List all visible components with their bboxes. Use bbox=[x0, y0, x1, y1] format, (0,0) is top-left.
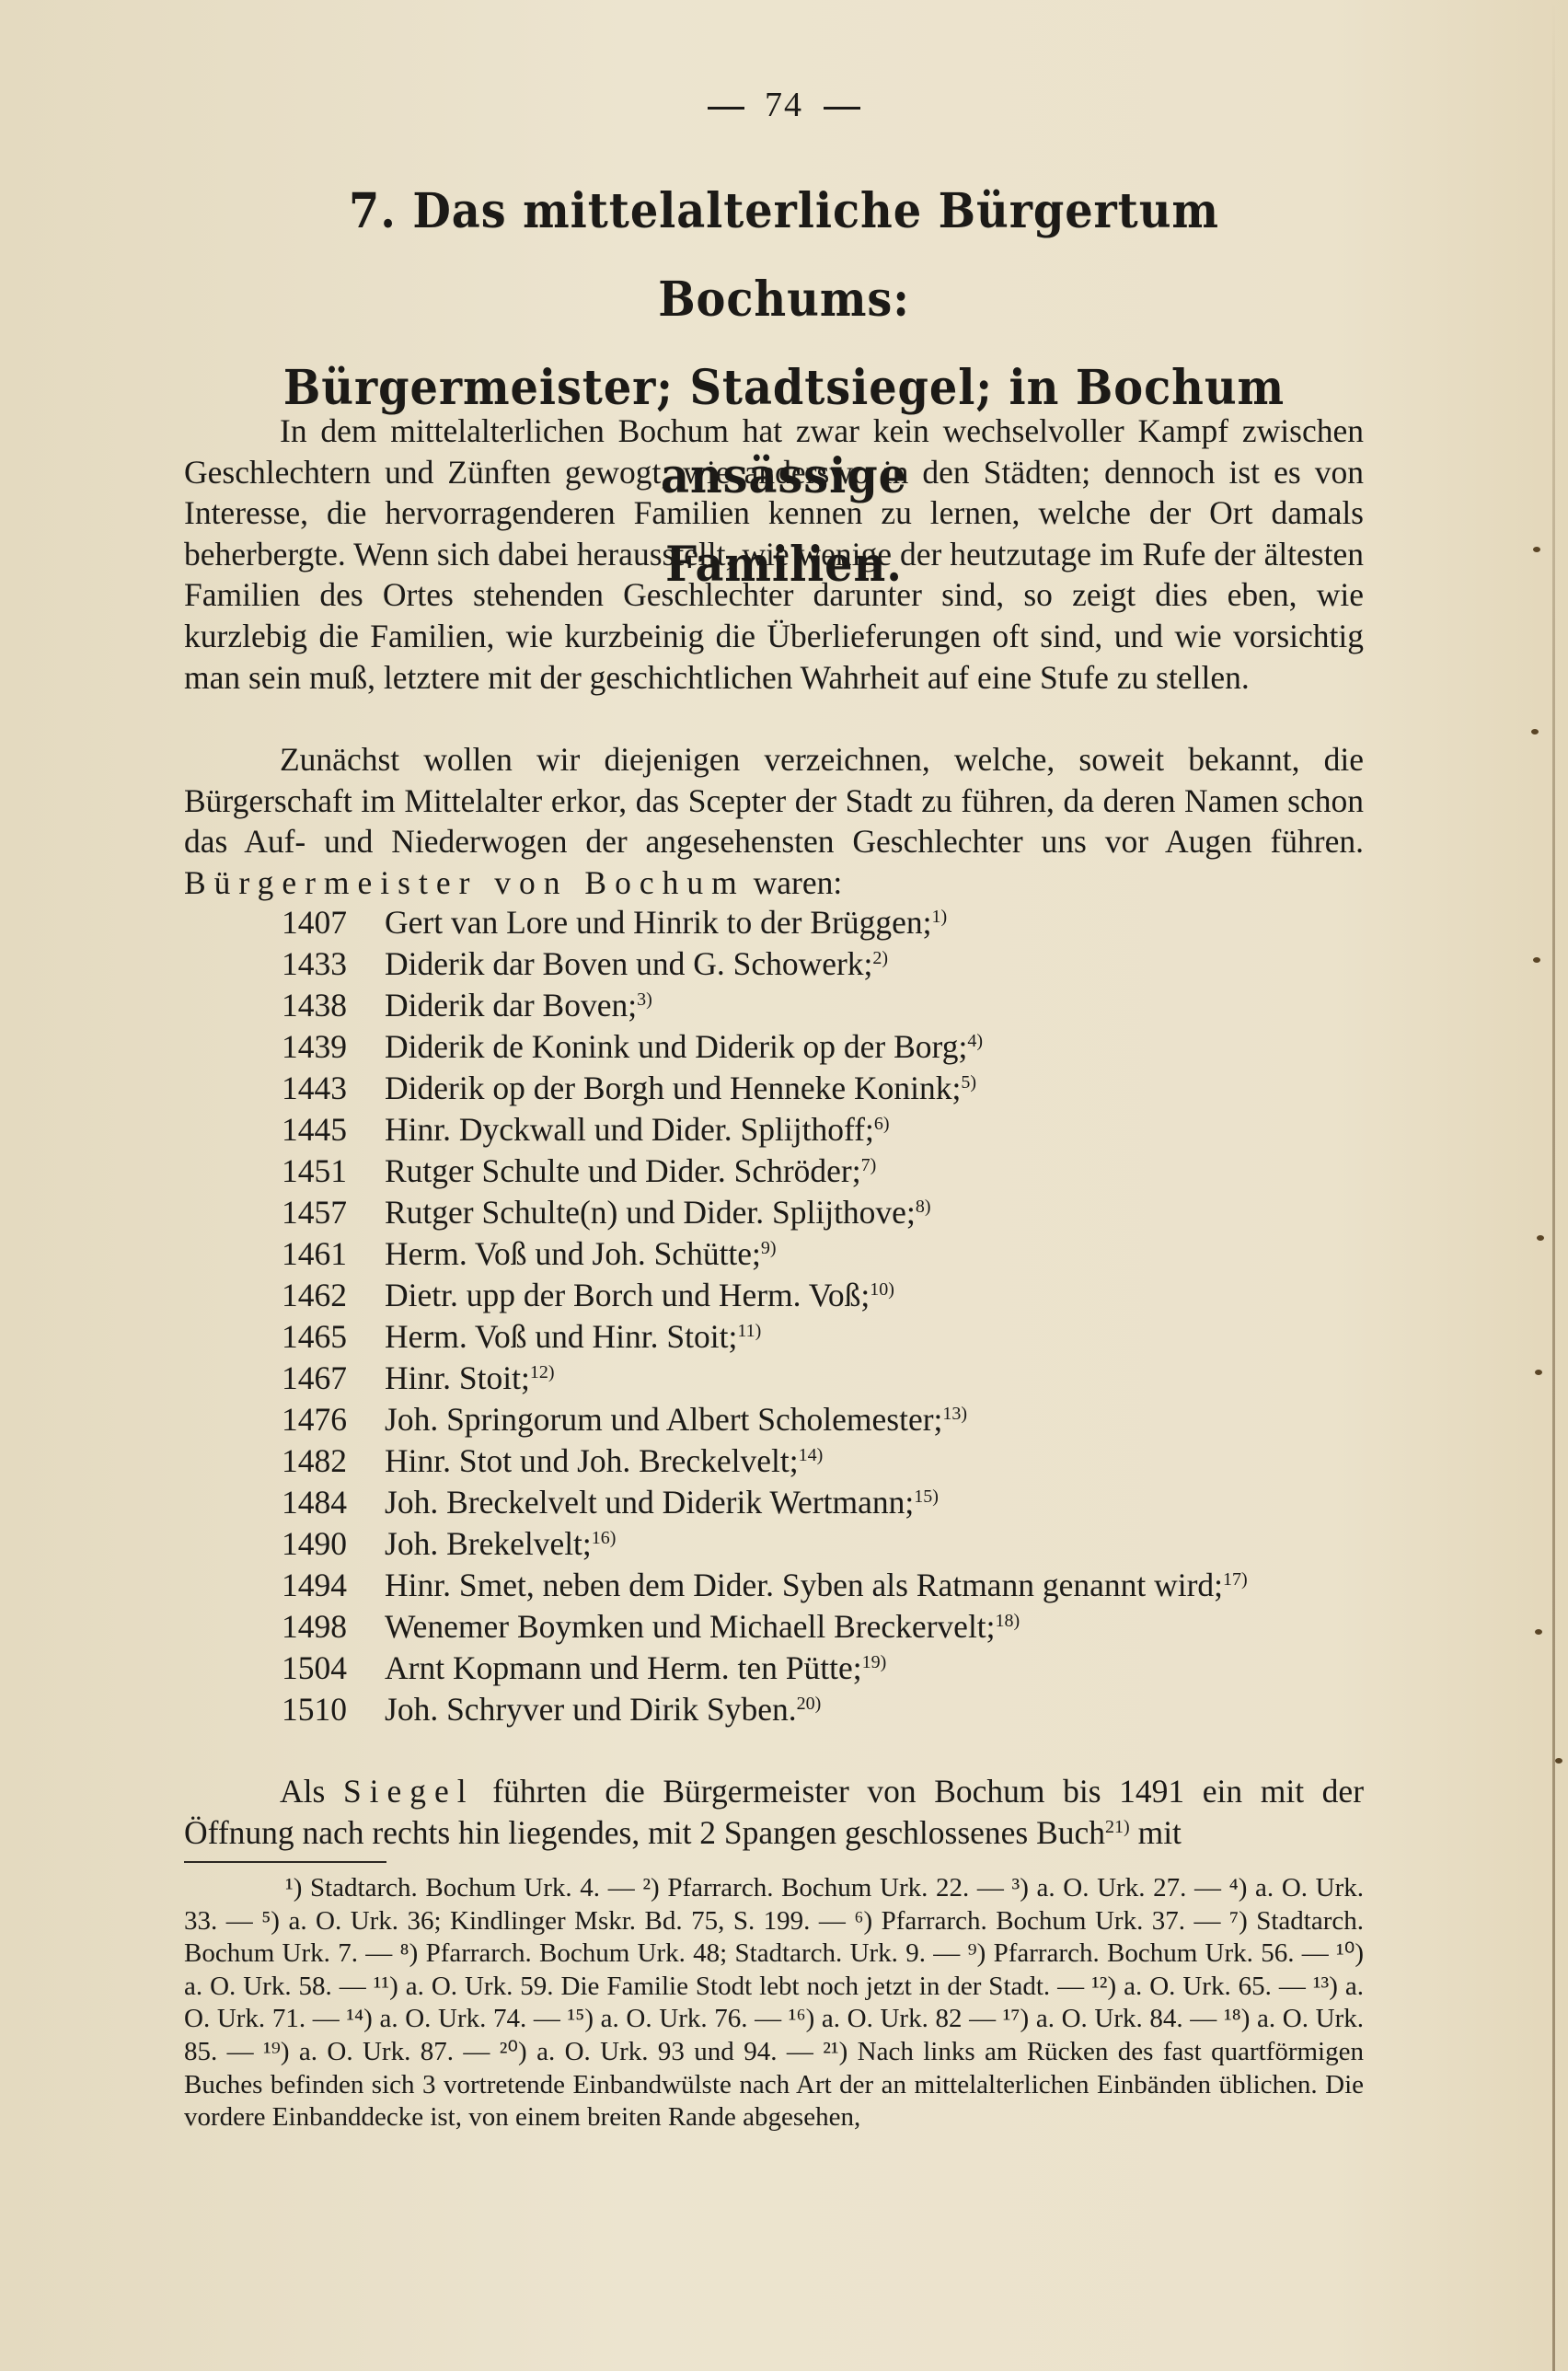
dash-left bbox=[708, 107, 744, 110]
list-item: 1476Joh. Springorum und Albert Scholemes… bbox=[282, 1399, 1364, 1440]
mayor-year: 1439 bbox=[282, 1026, 385, 1068]
mayor-names: Joh. Springorum und Albert Scholemester;… bbox=[385, 1399, 1364, 1440]
list-item: 1443Diderik op der Borgh und Henneke Kon… bbox=[282, 1068, 1364, 1109]
para2-ending: waren: bbox=[754, 864, 843, 901]
footnote-ref[interactable]: 16) bbox=[592, 1528, 617, 1548]
mayor-names: Joh. Breckelvelt und Diderik Wertmann;15… bbox=[385, 1482, 1364, 1523]
footnote-ref[interactable]: 19) bbox=[862, 1652, 887, 1672]
mayor-year: 1438 bbox=[282, 985, 385, 1026]
mayor-year: 1490 bbox=[282, 1523, 385, 1565]
seal-text: Als Siegel führten die Bürgermeister von… bbox=[184, 1771, 1364, 1853]
mayor-names: Diderik op der Borgh und Henneke Konink;… bbox=[385, 1068, 1364, 1109]
footnote-ref[interactable]: 1) bbox=[931, 907, 947, 927]
footnotes-text: ¹) Stadtarch. Bochum Urk. 4. — ²) Pfarra… bbox=[184, 1872, 1364, 2134]
mayor-names-text: Diderik de Konink und Diderik op der Bor… bbox=[385, 1028, 967, 1065]
mayor-year: 1433 bbox=[282, 943, 385, 985]
mayor-year: 1494 bbox=[282, 1565, 385, 1606]
footnote-ref[interactable]: 12) bbox=[530, 1362, 555, 1382]
footnote-divider bbox=[184, 1861, 386, 1863]
mayor-names-text: Joh. Schryver und Dirik Syben. bbox=[385, 1691, 797, 1728]
footnote-ref[interactable]: 2) bbox=[872, 948, 888, 968]
mayor-names: Herm. Voß und Joh. Schütte;9) bbox=[385, 1233, 1364, 1275]
mayor-year: 1465 bbox=[282, 1316, 385, 1358]
mayor-names: Hinr. Stoit;12) bbox=[385, 1358, 1364, 1399]
list-item: 1482Hinr. Stot und Joh. Breckelvelt;14) bbox=[282, 1440, 1364, 1482]
heading-line-1: 7. Das mittelalterliche Bürgertum Bochum… bbox=[232, 168, 1336, 344]
mayor-year: 1504 bbox=[282, 1648, 385, 1689]
mayor-names: Arnt Kopmann und Herm. ten Pütte;19) bbox=[385, 1648, 1364, 1689]
mayor-names-text: Joh. Breckelvelt und Diderik Wertmann; bbox=[385, 1484, 914, 1521]
list-item: 1510Joh. Schryver und Dirik Syben.20) bbox=[282, 1689, 1364, 1730]
list-item: 1504Arnt Kopmann und Herm. ten Pütte;19) bbox=[282, 1648, 1364, 1689]
mayor-names-text: Hinr. Stoit; bbox=[385, 1359, 530, 1396]
footnote-ref[interactable]: 7) bbox=[861, 1155, 877, 1175]
intro-text: In dem mittelalterlichen Bochum hat zwar… bbox=[184, 411, 1364, 698]
seal-text-end: mit bbox=[1138, 1814, 1182, 1851]
mayor-year: 1457 bbox=[282, 1192, 385, 1233]
paper-speck bbox=[1537, 1235, 1544, 1241]
mayor-year: 1467 bbox=[282, 1358, 385, 1399]
page-number: 74 bbox=[0, 85, 1568, 125]
mayor-year: 1482 bbox=[282, 1440, 385, 1482]
mayor-names: Gert van Lore und Hinrik to der Brüggen;… bbox=[385, 902, 1364, 943]
seal-paragraph: Als Siegel führten die Bürgermeister von… bbox=[184, 1771, 1364, 1853]
mayor-names-text: Gert van Lore und Hinrik to der Brüggen; bbox=[385, 904, 931, 941]
mayor-names: Dietr. upp der Borch und Herm. Voß;10) bbox=[385, 1275, 1364, 1316]
mayors-intro-paragraph: Zunächst wollen wir diejenigen verzeichn… bbox=[184, 739, 1364, 903]
mayor-names-text: Hinr. Smet, neben dem Dider. Syben als R… bbox=[385, 1567, 1223, 1603]
mayor-names: Diderik dar Boven und G. Schowerk;2) bbox=[385, 943, 1364, 985]
mayor-names-text: Herm. Voß und Hinr. Stoit; bbox=[385, 1318, 737, 1355]
mayor-names-text: Hinr. Stot und Joh. Breckelvelt; bbox=[385, 1442, 799, 1479]
paper-speck bbox=[1535, 1629, 1542, 1635]
mayor-names-text: Dietr. upp der Borch und Herm. Voß; bbox=[385, 1277, 870, 1313]
intro-paragraph: In dem mittelalterlichen Bochum hat zwar… bbox=[184, 411, 1364, 698]
footnote-ref[interactable]: 15) bbox=[914, 1486, 939, 1507]
mayor-names-text: Herm. Voß und Joh. Schütte; bbox=[385, 1235, 761, 1272]
paper-speck bbox=[1533, 957, 1540, 963]
mayor-names-text: Joh. Springorum und Albert Scholemester; bbox=[385, 1401, 942, 1438]
spaced-emphasis: Siegel bbox=[343, 1773, 475, 1810]
list-item: 1490Joh. Brekelvelt;16) bbox=[282, 1523, 1364, 1565]
paper-speck bbox=[1535, 1370, 1542, 1375]
page-edge bbox=[1552, 0, 1555, 2371]
mayor-year: 1484 bbox=[282, 1482, 385, 1523]
mayor-names: Rutger Schulte und Dider. Schröder;7) bbox=[385, 1151, 1364, 1192]
footnote-ref[interactable]: 10) bbox=[870, 1279, 894, 1300]
mayor-names: Hinr. Stot und Joh. Breckelvelt;14) bbox=[385, 1440, 1364, 1482]
mayor-year: 1407 bbox=[282, 902, 385, 943]
footnote-ref[interactable]: 6) bbox=[874, 1114, 890, 1134]
mayor-names: Hinr. Dyckwall und Dider. Splijthoff;6) bbox=[385, 1109, 1364, 1151]
list-item: 1484Joh. Breckelvelt und Diderik Wertman… bbox=[282, 1482, 1364, 1523]
list-item: 1439Diderik de Konink und Diderik op der… bbox=[282, 1026, 1364, 1068]
footnote-ref[interactable]: 8) bbox=[916, 1197, 931, 1217]
mayor-names: Herm. Voß und Hinr. Stoit;11) bbox=[385, 1316, 1364, 1358]
footnote-ref[interactable]: 17) bbox=[1223, 1569, 1248, 1590]
paper-speck bbox=[1531, 729, 1539, 734]
mayor-names-text: Joh. Brekelvelt; bbox=[385, 1525, 592, 1562]
mayor-year: 1462 bbox=[282, 1275, 385, 1316]
page-number-value: 74 bbox=[765, 86, 803, 124]
mayor-names: Diderik de Konink und Diderik op der Bor… bbox=[385, 1026, 1364, 1068]
mayor-names: Wenemer Boymken und Michaell Breckervelt… bbox=[385, 1606, 1364, 1648]
footnote-ref[interactable]: 18) bbox=[996, 1611, 1020, 1631]
list-item: 1465Herm. Voß und Hinr. Stoit;11) bbox=[282, 1316, 1364, 1358]
seal-text-start: Als bbox=[280, 1773, 325, 1810]
list-item: 1462Dietr. upp der Borch und Herm. Voß;1… bbox=[282, 1275, 1364, 1316]
list-item: 1445Hinr. Dyckwall und Dider. Splijthoff… bbox=[282, 1109, 1364, 1151]
paper-speck bbox=[1533, 547, 1540, 552]
mayor-names-text: Rutger Schulte und Dider. Schröder; bbox=[385, 1152, 861, 1189]
footnotes: ¹) Stadtarch. Bochum Urk. 4. — ²) Pfarra… bbox=[184, 1872, 1364, 2134]
mayor-year: 1443 bbox=[282, 1068, 385, 1109]
footnote-ref[interactable]: 13) bbox=[942, 1404, 967, 1424]
mayor-year: 1451 bbox=[282, 1151, 385, 1192]
mayor-year: 1476 bbox=[282, 1399, 385, 1440]
list-item: 1438Diderik dar Boven;3) bbox=[282, 985, 1364, 1026]
mayor-names: Hinr. Smet, neben dem Dider. Syben als R… bbox=[385, 1565, 1364, 1606]
list-item: 1467Hinr. Stoit;12) bbox=[282, 1358, 1364, 1399]
dash-right bbox=[824, 107, 860, 110]
list-item: 1498Wenemer Boymken und Michaell Brecker… bbox=[282, 1606, 1364, 1648]
list-item: 1494Hinr. Smet, neben dem Dider. Syben a… bbox=[282, 1565, 1364, 1606]
mayor-names: Joh. Schryver und Dirik Syben.20) bbox=[385, 1689, 1364, 1730]
mayor-names-text: Arnt Kopmann und Herm. ten Pütte; bbox=[385, 1649, 862, 1686]
footnote-ref[interactable]: 3) bbox=[637, 989, 652, 1010]
mayor-names: Joh. Brekelvelt;16) bbox=[385, 1523, 1364, 1565]
list-item: 1461Herm. Voß und Joh. Schütte;9) bbox=[282, 1233, 1364, 1275]
footnote-ref[interactable]: 21) bbox=[1105, 1817, 1130, 1837]
footnote-ref[interactable]: 5) bbox=[961, 1072, 976, 1093]
footnote-ref[interactable]: 14) bbox=[799, 1445, 824, 1465]
spaced-emphasis: Bürgermeister von Bochum bbox=[184, 864, 745, 901]
para2-text: Zunächst wollen wir diejenigen verzeichn… bbox=[184, 741, 1364, 860]
mayor-names-text: Diderik dar Boven und G. Schowerk; bbox=[385, 945, 872, 982]
footnote-ref[interactable]: 9) bbox=[761, 1238, 777, 1258]
mayor-names-text: Diderik op der Borgh und Henneke Konink; bbox=[385, 1070, 961, 1106]
mayor-year: 1445 bbox=[282, 1109, 385, 1151]
mayor-names-text: Hinr. Dyckwall und Dider. Splijthoff; bbox=[385, 1111, 874, 1148]
mayor-year: 1510 bbox=[282, 1689, 385, 1730]
book-page: 74 7. Das mittelalterliche Bürgertum Boc… bbox=[0, 0, 1568, 2371]
list-item: 1451Rutger Schulte und Dider. Schröder;7… bbox=[282, 1151, 1364, 1192]
list-item: 1457Rutger Schulte(n) und Dider. Splijth… bbox=[282, 1192, 1364, 1233]
mayors-list: 1407Gert van Lore und Hinrik to der Brüg… bbox=[282, 902, 1364, 1730]
mayor-names-text: Diderik dar Boven; bbox=[385, 987, 637, 1024]
paper-speck bbox=[1555, 1758, 1562, 1764]
list-item: 1407Gert van Lore und Hinrik to der Brüg… bbox=[282, 902, 1364, 943]
mayor-names: Diderik dar Boven;3) bbox=[385, 985, 1364, 1026]
footnote-ref[interactable]: 4) bbox=[967, 1031, 983, 1051]
mayor-names: Rutger Schulte(n) und Dider. Splijthove;… bbox=[385, 1192, 1364, 1233]
mayor-names-text: Rutger Schulte(n) und Dider. Splijthove; bbox=[385, 1194, 916, 1231]
footnote-ref[interactable]: 11) bbox=[737, 1321, 761, 1341]
footnote-ref[interactable]: 20) bbox=[797, 1694, 822, 1714]
mayor-names-text: Wenemer Boymken und Michaell Breckervelt… bbox=[385, 1608, 996, 1645]
list-item: 1433Diderik dar Boven und G. Schowerk;2) bbox=[282, 943, 1364, 985]
mayor-year: 1461 bbox=[282, 1233, 385, 1275]
mayor-year: 1498 bbox=[282, 1606, 385, 1648]
mayors-intro-text: Zunächst wollen wir diejenigen verzeichn… bbox=[184, 739, 1364, 903]
